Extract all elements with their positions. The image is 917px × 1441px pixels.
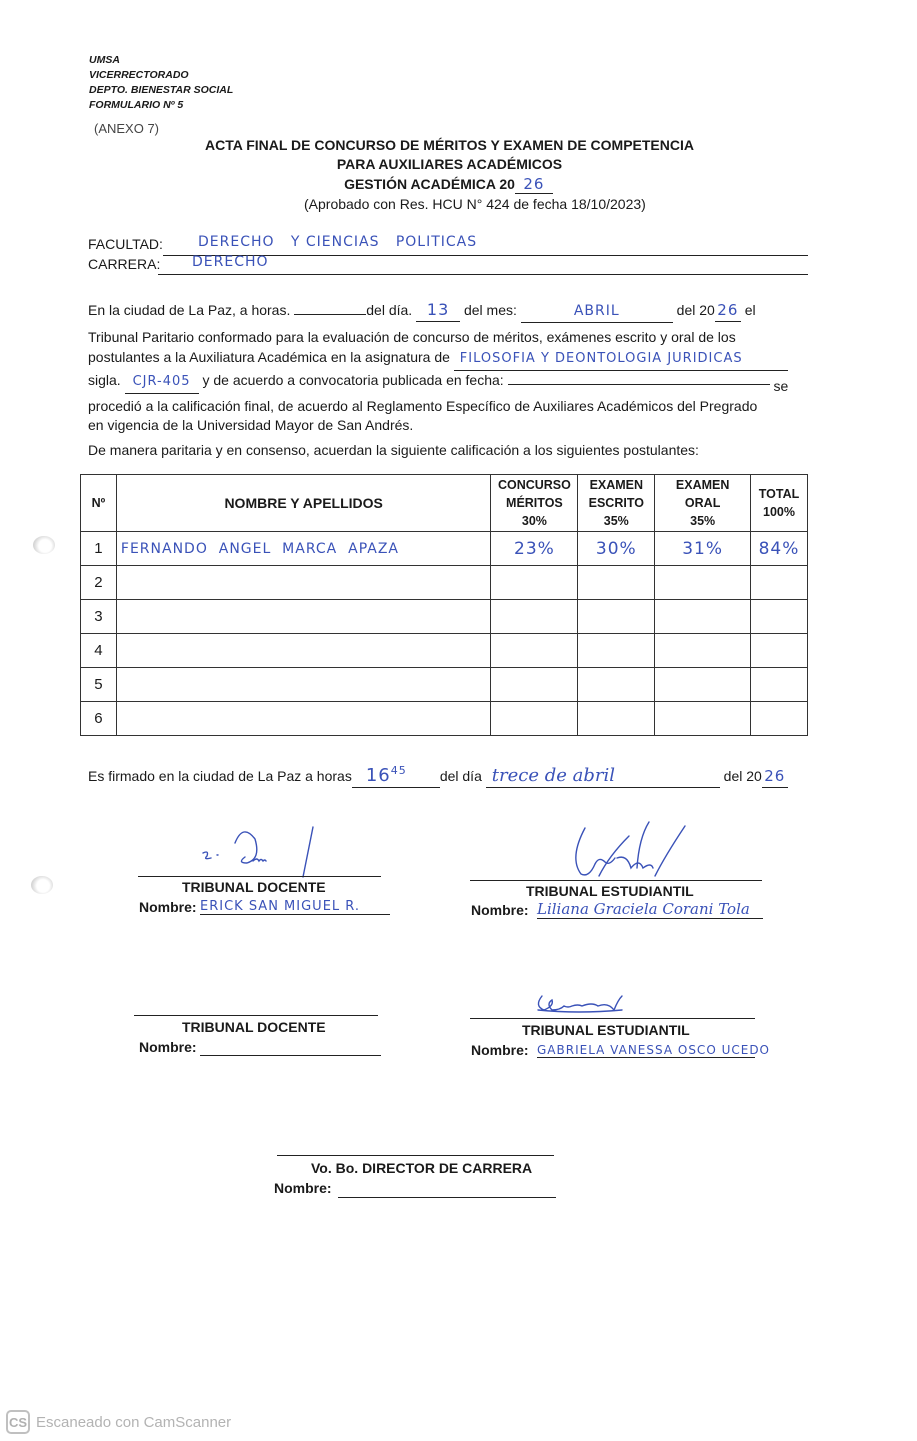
oral-score-cell[interactable] bbox=[655, 566, 751, 600]
row-number: 3 bbox=[81, 600, 117, 634]
header-meritos-l2: MÉRITOS bbox=[491, 494, 577, 512]
signing-minutes: 45 bbox=[391, 764, 407, 777]
escrito-score-cell[interactable]: 30% bbox=[578, 532, 655, 566]
header-oral-l3: 35% bbox=[655, 512, 750, 530]
paragraph-line-3: postulantes a la Auxiliatura Académica e… bbox=[88, 346, 788, 371]
header-total: TOTAL 100% bbox=[751, 475, 808, 532]
header-escrito-l3: 35% bbox=[578, 512, 654, 530]
text-del-dia-2: del día bbox=[440, 768, 482, 784]
signature-line-estudiantil-1 bbox=[470, 880, 762, 881]
header-total-l1: TOTAL bbox=[751, 485, 807, 503]
row-number: 1 bbox=[81, 532, 117, 566]
row-number: 5 bbox=[81, 668, 117, 702]
signing-hour-field[interactable]: 1645 bbox=[352, 760, 440, 788]
row-number: 6 bbox=[81, 702, 117, 736]
total-score-cell[interactable] bbox=[751, 566, 808, 600]
meritos-score-cell[interactable] bbox=[491, 600, 578, 634]
table-header-row: Nº NOMBRE Y APELLIDOS CONCURSO MÉRITOS 3… bbox=[81, 475, 808, 532]
grades-table: Nº NOMBRE Y APELLIDOS CONCURSO MÉRITOS 3… bbox=[80, 474, 808, 736]
oral-score-cell[interactable] bbox=[655, 634, 751, 668]
header-meritos-l1: CONCURSO bbox=[491, 476, 577, 494]
signature-name-label-director: Nombre: bbox=[274, 1180, 332, 1196]
signature-role-docente-2: TRIBUNAL DOCENTE bbox=[182, 1019, 326, 1035]
gestion-value: 26 bbox=[515, 175, 553, 194]
text-del-dia: del día. bbox=[366, 302, 412, 318]
asignatura-field[interactable]: FILOSOFIA Y DEONTOLOGIA JURIDICAS bbox=[454, 348, 788, 371]
signature-role-estudiantil-1: TRIBUNAL ESTUDIANTIL bbox=[526, 883, 694, 899]
oral-score-cell[interactable] bbox=[655, 702, 751, 736]
signature-estudiantil-2 bbox=[532, 990, 662, 1020]
candidate-name-cell[interactable]: FERNANDO ANGEL MARCA APAZA bbox=[116, 532, 491, 566]
candidate-name-cell[interactable] bbox=[116, 668, 491, 702]
header-meritos-l3: 30% bbox=[491, 512, 577, 530]
header-oral: EXAMEN ORAL 35% bbox=[655, 475, 751, 532]
dia-field[interactable]: 13 bbox=[416, 299, 460, 322]
gestion-line: GESTIÓN ACADÉMICA 2026 bbox=[0, 175, 907, 194]
signature-name-estudiantil-1[interactable]: Liliana Graciela Corani Tola bbox=[537, 900, 763, 919]
paragraph-line-7: De manera paritaria y en consenso, acuer… bbox=[88, 439, 699, 461]
signature-name-director[interactable] bbox=[338, 1181, 556, 1198]
punch-hole bbox=[31, 876, 53, 894]
table-row: 6 bbox=[81, 702, 808, 736]
paragraph-line-4: sigla. CJR-405 y de acuerdo a convocator… bbox=[88, 369, 788, 394]
oral-score-cell[interactable] bbox=[655, 600, 751, 634]
signature-line-estudiantil-2 bbox=[470, 1018, 755, 1019]
row-number: 4 bbox=[81, 634, 117, 668]
text-del-20-2: del 20 bbox=[724, 768, 762, 784]
signature-line-docente-2 bbox=[134, 1015, 378, 1016]
table-row: 3 bbox=[81, 600, 808, 634]
text-firmado: Es firmado en la ciudad de La Paz a hora… bbox=[88, 768, 352, 784]
signing-day-field[interactable]: trece de abril bbox=[486, 765, 720, 788]
text-del-20: del 20 bbox=[677, 302, 715, 318]
text-a-horas: En la ciudad de La Paz, a horas. bbox=[88, 302, 290, 318]
signing-line: Es firmado en la ciudad de La Paz a hora… bbox=[88, 760, 788, 788]
approval-note: (Aprobado con Res. HCU N° 424 de fecha 1… bbox=[304, 196, 646, 212]
signature-name-estudiantil-2[interactable]: GABRIELA VANESSA OSCO UCEDO bbox=[537, 1043, 755, 1058]
signature-line-docente-1 bbox=[138, 876, 381, 877]
meritos-score-cell[interactable] bbox=[491, 566, 578, 600]
signature-name-docente-1[interactable]: ERICK SAN MIGUEL R. bbox=[200, 899, 390, 915]
table-row: 5 bbox=[81, 668, 808, 702]
facultad-value[interactable]: DERECHO Y CIENCIAS POLITICAS bbox=[198, 234, 477, 250]
sigla-field[interactable]: CJR-405 bbox=[125, 371, 199, 394]
camscanner-logo-icon: CS bbox=[6, 1410, 30, 1434]
signature-name-label-docente-2: Nombre: bbox=[139, 1039, 197, 1055]
signing-year-field[interactable]: 26 bbox=[762, 765, 788, 788]
total-score-cell[interactable]: 84% bbox=[751, 532, 808, 566]
candidate-name-cell[interactable] bbox=[116, 600, 491, 634]
carrera-label: CARRERA: bbox=[88, 253, 160, 275]
camscanner-watermark: CS Escaneado con CamScanner bbox=[6, 1410, 231, 1434]
punch-hole bbox=[33, 536, 55, 554]
table-row: 4 bbox=[81, 634, 808, 668]
header-oral-l1: EXAMEN bbox=[655, 476, 750, 494]
facultad-label: FACULTAD: bbox=[88, 233, 163, 255]
text-convocatoria: y de acuerdo a convocatoria publicada en… bbox=[202, 372, 503, 388]
total-score-cell[interactable] bbox=[751, 668, 808, 702]
signature-line-director bbox=[277, 1155, 554, 1156]
signature-role-director: Vo. Bo. DIRECTOR DE CARRERA bbox=[311, 1160, 532, 1176]
header-total-l2: 100% bbox=[751, 503, 807, 521]
oral-score-cell[interactable]: 31% bbox=[655, 532, 751, 566]
institution-line: FORMULARIO Nº 5 bbox=[89, 98, 233, 113]
header-escrito-l2: ESCRITO bbox=[578, 494, 654, 512]
text-se: se bbox=[773, 378, 788, 394]
meritos-score-cell[interactable] bbox=[491, 702, 578, 736]
header-oral-l2: ORAL bbox=[655, 494, 750, 512]
signature-estudiantil-1 bbox=[565, 818, 695, 888]
meritos-score-cell[interactable] bbox=[491, 634, 578, 668]
carrera-line bbox=[158, 274, 808, 275]
escrito-score-cell[interactable] bbox=[578, 668, 655, 702]
header-escrito: EXAMEN ESCRITO 35% bbox=[578, 475, 655, 532]
text-asignatura: postulantes a la Auxiliatura Académica e… bbox=[88, 349, 450, 365]
header-num: Nº bbox=[81, 475, 117, 532]
candidate-name-cell[interactable] bbox=[116, 702, 491, 736]
candidate-name-cell[interactable] bbox=[116, 566, 491, 600]
text-del-mes: del mes: bbox=[464, 302, 517, 318]
total-score-cell[interactable] bbox=[751, 600, 808, 634]
institution-block: UMSA VICERRECTORADO DEPTO. BIENESTAR SOC… bbox=[89, 53, 233, 113]
annex-label: (ANEXO 7) bbox=[94, 121, 159, 136]
paragraph-line-1: En la ciudad de La Paz, a horas. del día… bbox=[88, 299, 828, 323]
header-name: NOMBRE Y APELLIDOS bbox=[116, 475, 491, 532]
table-row: 1FERNANDO ANGEL MARCA APAZA23%30%31%84% bbox=[81, 532, 808, 566]
signature-role-docente-1: TRIBUNAL DOCENTE bbox=[182, 879, 326, 895]
escrito-score-cell[interactable] bbox=[578, 702, 655, 736]
document-subtitle: PARA AUXILIARES ACADÉMICOS bbox=[0, 156, 908, 172]
row-number: 2 bbox=[81, 566, 117, 600]
signature-docente-1 bbox=[195, 825, 325, 880]
convocatoria-field[interactable] bbox=[508, 384, 770, 385]
carrera-value[interactable]: DERECHO bbox=[192, 254, 269, 270]
paragraph-line-6: en vigencia de la Universidad Mayor de S… bbox=[88, 414, 413, 436]
text-el: el bbox=[745, 302, 756, 318]
escrito-score-cell[interactable] bbox=[578, 600, 655, 634]
header-meritos: CONCURSO MÉRITOS 30% bbox=[491, 475, 578, 532]
anio-field[interactable]: 26 bbox=[715, 299, 741, 322]
institution-line: UMSA bbox=[89, 53, 233, 68]
escrito-score-cell[interactable] bbox=[578, 566, 655, 600]
signature-name-label-estudiantil-1: Nombre: bbox=[471, 902, 529, 918]
total-score-cell[interactable] bbox=[751, 702, 808, 736]
signature-name-docente-2[interactable] bbox=[200, 1039, 381, 1056]
institution-line: DEPTO. BIENESTAR SOCIAL bbox=[89, 83, 233, 98]
meritos-score-cell[interactable] bbox=[491, 668, 578, 702]
header-escrito-l1: EXAMEN bbox=[578, 476, 654, 494]
signature-name-label-estudiantil-2: Nombre: bbox=[471, 1042, 529, 1058]
signing-hours: 16 bbox=[366, 765, 391, 786]
escrito-score-cell[interactable] bbox=[578, 634, 655, 668]
text-sigla: sigla. bbox=[88, 372, 121, 388]
oral-score-cell[interactable] bbox=[655, 668, 751, 702]
camscanner-label: Escaneado con CamScanner bbox=[36, 1414, 231, 1431]
horas-field[interactable] bbox=[294, 314, 366, 315]
signature-role-estudiantil-2: TRIBUNAL ESTUDIANTIL bbox=[522, 1022, 690, 1038]
total-score-cell[interactable] bbox=[751, 634, 808, 668]
institution-line: VICERRECTORADO bbox=[89, 68, 233, 83]
signature-name-label-docente-1: Nombre: bbox=[139, 899, 197, 915]
table-row: 2 bbox=[81, 566, 808, 600]
document-title: ACTA FINAL DE CONCURSO DE MÉRITOS Y EXAM… bbox=[0, 137, 908, 153]
paragraph-line-2: Tribunal Paritario conformado para la ev… bbox=[88, 326, 736, 348]
mes-field[interactable]: ABRIL bbox=[521, 300, 673, 323]
gestion-label: GESTIÓN ACADÉMICA 20 bbox=[344, 176, 515, 192]
candidate-name-cell[interactable] bbox=[116, 634, 491, 668]
meritos-score-cell[interactable]: 23% bbox=[491, 532, 578, 566]
